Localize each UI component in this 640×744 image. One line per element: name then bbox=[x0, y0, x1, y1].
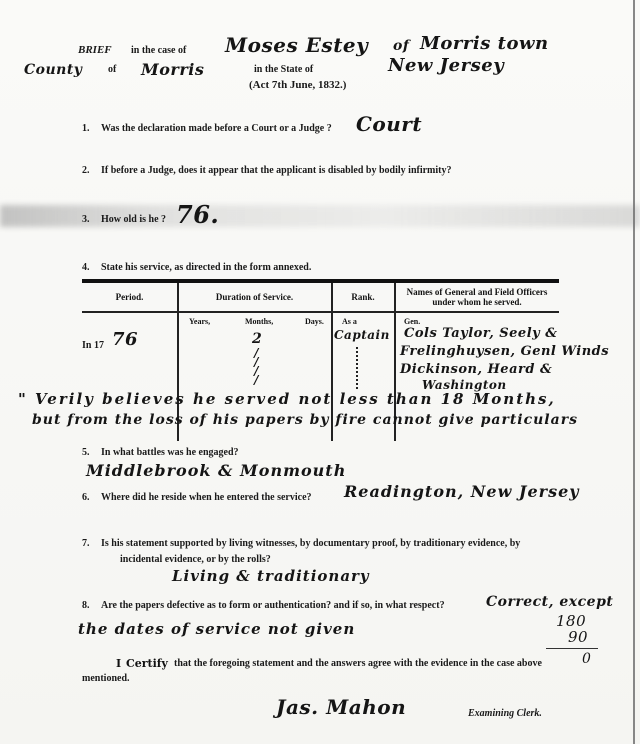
tally-line-2: 90 bbox=[568, 628, 588, 646]
of-label: of bbox=[393, 38, 409, 54]
town-name: Morris town bbox=[420, 33, 549, 54]
document-page: BRIEF in the case of Moses Estey of Morr… bbox=[0, 0, 640, 744]
subheader-months: Months, bbox=[245, 317, 273, 326]
subheader-days: Days. bbox=[305, 317, 324, 326]
officers-line-3: Dickinson, Heard & bbox=[400, 362, 552, 377]
question-3-answer: 76. bbox=[176, 200, 219, 229]
tally-line-3: 0 bbox=[582, 651, 591, 667]
question-8-text: Are the papers defective as to form or a… bbox=[101, 600, 445, 611]
county-name: Morris bbox=[141, 60, 204, 79]
header-duration: Duration of Service. bbox=[178, 283, 331, 311]
question-5-number: 5. bbox=[82, 447, 90, 458]
certification-text-line-2: mentioned. bbox=[82, 673, 130, 684]
question-6-number: 6. bbox=[82, 492, 90, 503]
question-8-number: 8. bbox=[82, 600, 90, 611]
question-1-text: Was the declaration made before a Court … bbox=[101, 123, 332, 134]
question-1-number: 1. bbox=[82, 123, 90, 134]
scan-smudge bbox=[0, 205, 640, 227]
page-edge bbox=[633, 0, 635, 744]
clerk-signature: Jas. Mahon bbox=[276, 695, 406, 719]
examining-clerk-label: Examining Clerk. bbox=[468, 708, 542, 719]
question-3-number: 3. bbox=[82, 214, 90, 225]
question-2-number: 2. bbox=[82, 165, 90, 176]
subheader-years: Years, bbox=[189, 317, 210, 326]
officers-line-2: Frelinghuysen, Genl Winds bbox=[400, 344, 609, 359]
of-label-2: of bbox=[108, 64, 116, 75]
table-header-rule bbox=[82, 311, 559, 313]
question-2-text: If before a Judge, does it appear that t… bbox=[101, 165, 452, 176]
question-7-answer: Living & traditionary bbox=[172, 567, 370, 585]
question-7-text: Is his statement supported by living wit… bbox=[101, 538, 520, 549]
certify-prefix: I bbox=[116, 657, 121, 670]
subheader-as-a: As a bbox=[342, 317, 357, 326]
in-the-case-of-label: in the case of bbox=[131, 45, 186, 56]
question-5-answer: Middlebrook & Monmouth bbox=[86, 461, 346, 480]
question-7-text-line-2: incidental evidence, or by the rolls? bbox=[120, 554, 271, 565]
question-7-number: 7. bbox=[82, 538, 90, 549]
period-prefix: In 17 bbox=[82, 340, 104, 351]
ditto-marks-rank bbox=[356, 347, 360, 389]
question-8-answer-line-2: the dates of service not given bbox=[78, 620, 355, 638]
question-6-answer: Readington, New Jersey bbox=[344, 482, 580, 501]
applicant-name: Moses Estey bbox=[225, 33, 368, 57]
tally-rule bbox=[546, 648, 598, 649]
period-year: 76 bbox=[112, 329, 138, 350]
question-4-text: State his service, as directed in the fo… bbox=[101, 262, 311, 273]
brief-label: BRIEF bbox=[78, 44, 112, 56]
act-reference: (Act 7th June, 1832.) bbox=[249, 79, 346, 91]
question-3-text: How old is he ? bbox=[101, 214, 166, 225]
subheader-gen: Gen. bbox=[404, 317, 420, 326]
header-rank: Rank. bbox=[332, 283, 394, 311]
service-note-line-2: but from the loss of his papers by fire … bbox=[32, 412, 578, 428]
service-note-line-1: " Verily believes he served not less tha… bbox=[18, 390, 556, 408]
question-5-text: In what battles was he engaged? bbox=[101, 447, 239, 458]
county-label: County bbox=[24, 62, 82, 78]
header-period: Period. bbox=[82, 283, 177, 311]
header-officers: Names of General and Field Officers unde… bbox=[395, 283, 559, 311]
months-value: 2 bbox=[252, 331, 262, 347]
question-8-answer: Correct, except bbox=[486, 594, 613, 610]
officers-line-1: Cols Taylor, Seely & bbox=[404, 326, 557, 341]
ditto-marks-months: / / / / bbox=[254, 349, 259, 385]
rank-value: Captain bbox=[334, 328, 390, 342]
certification-text: that the foregoing statement and the ans… bbox=[174, 658, 542, 669]
question-1-answer: Court bbox=[356, 112, 422, 136]
question-4-number: 4. bbox=[82, 262, 90, 273]
in-the-state-of-label: in the State of bbox=[254, 64, 313, 75]
question-6-text: Where did he reside when he entered the … bbox=[101, 492, 312, 503]
certify-word: Certify bbox=[126, 657, 168, 670]
state-name: New Jersey bbox=[388, 55, 504, 76]
